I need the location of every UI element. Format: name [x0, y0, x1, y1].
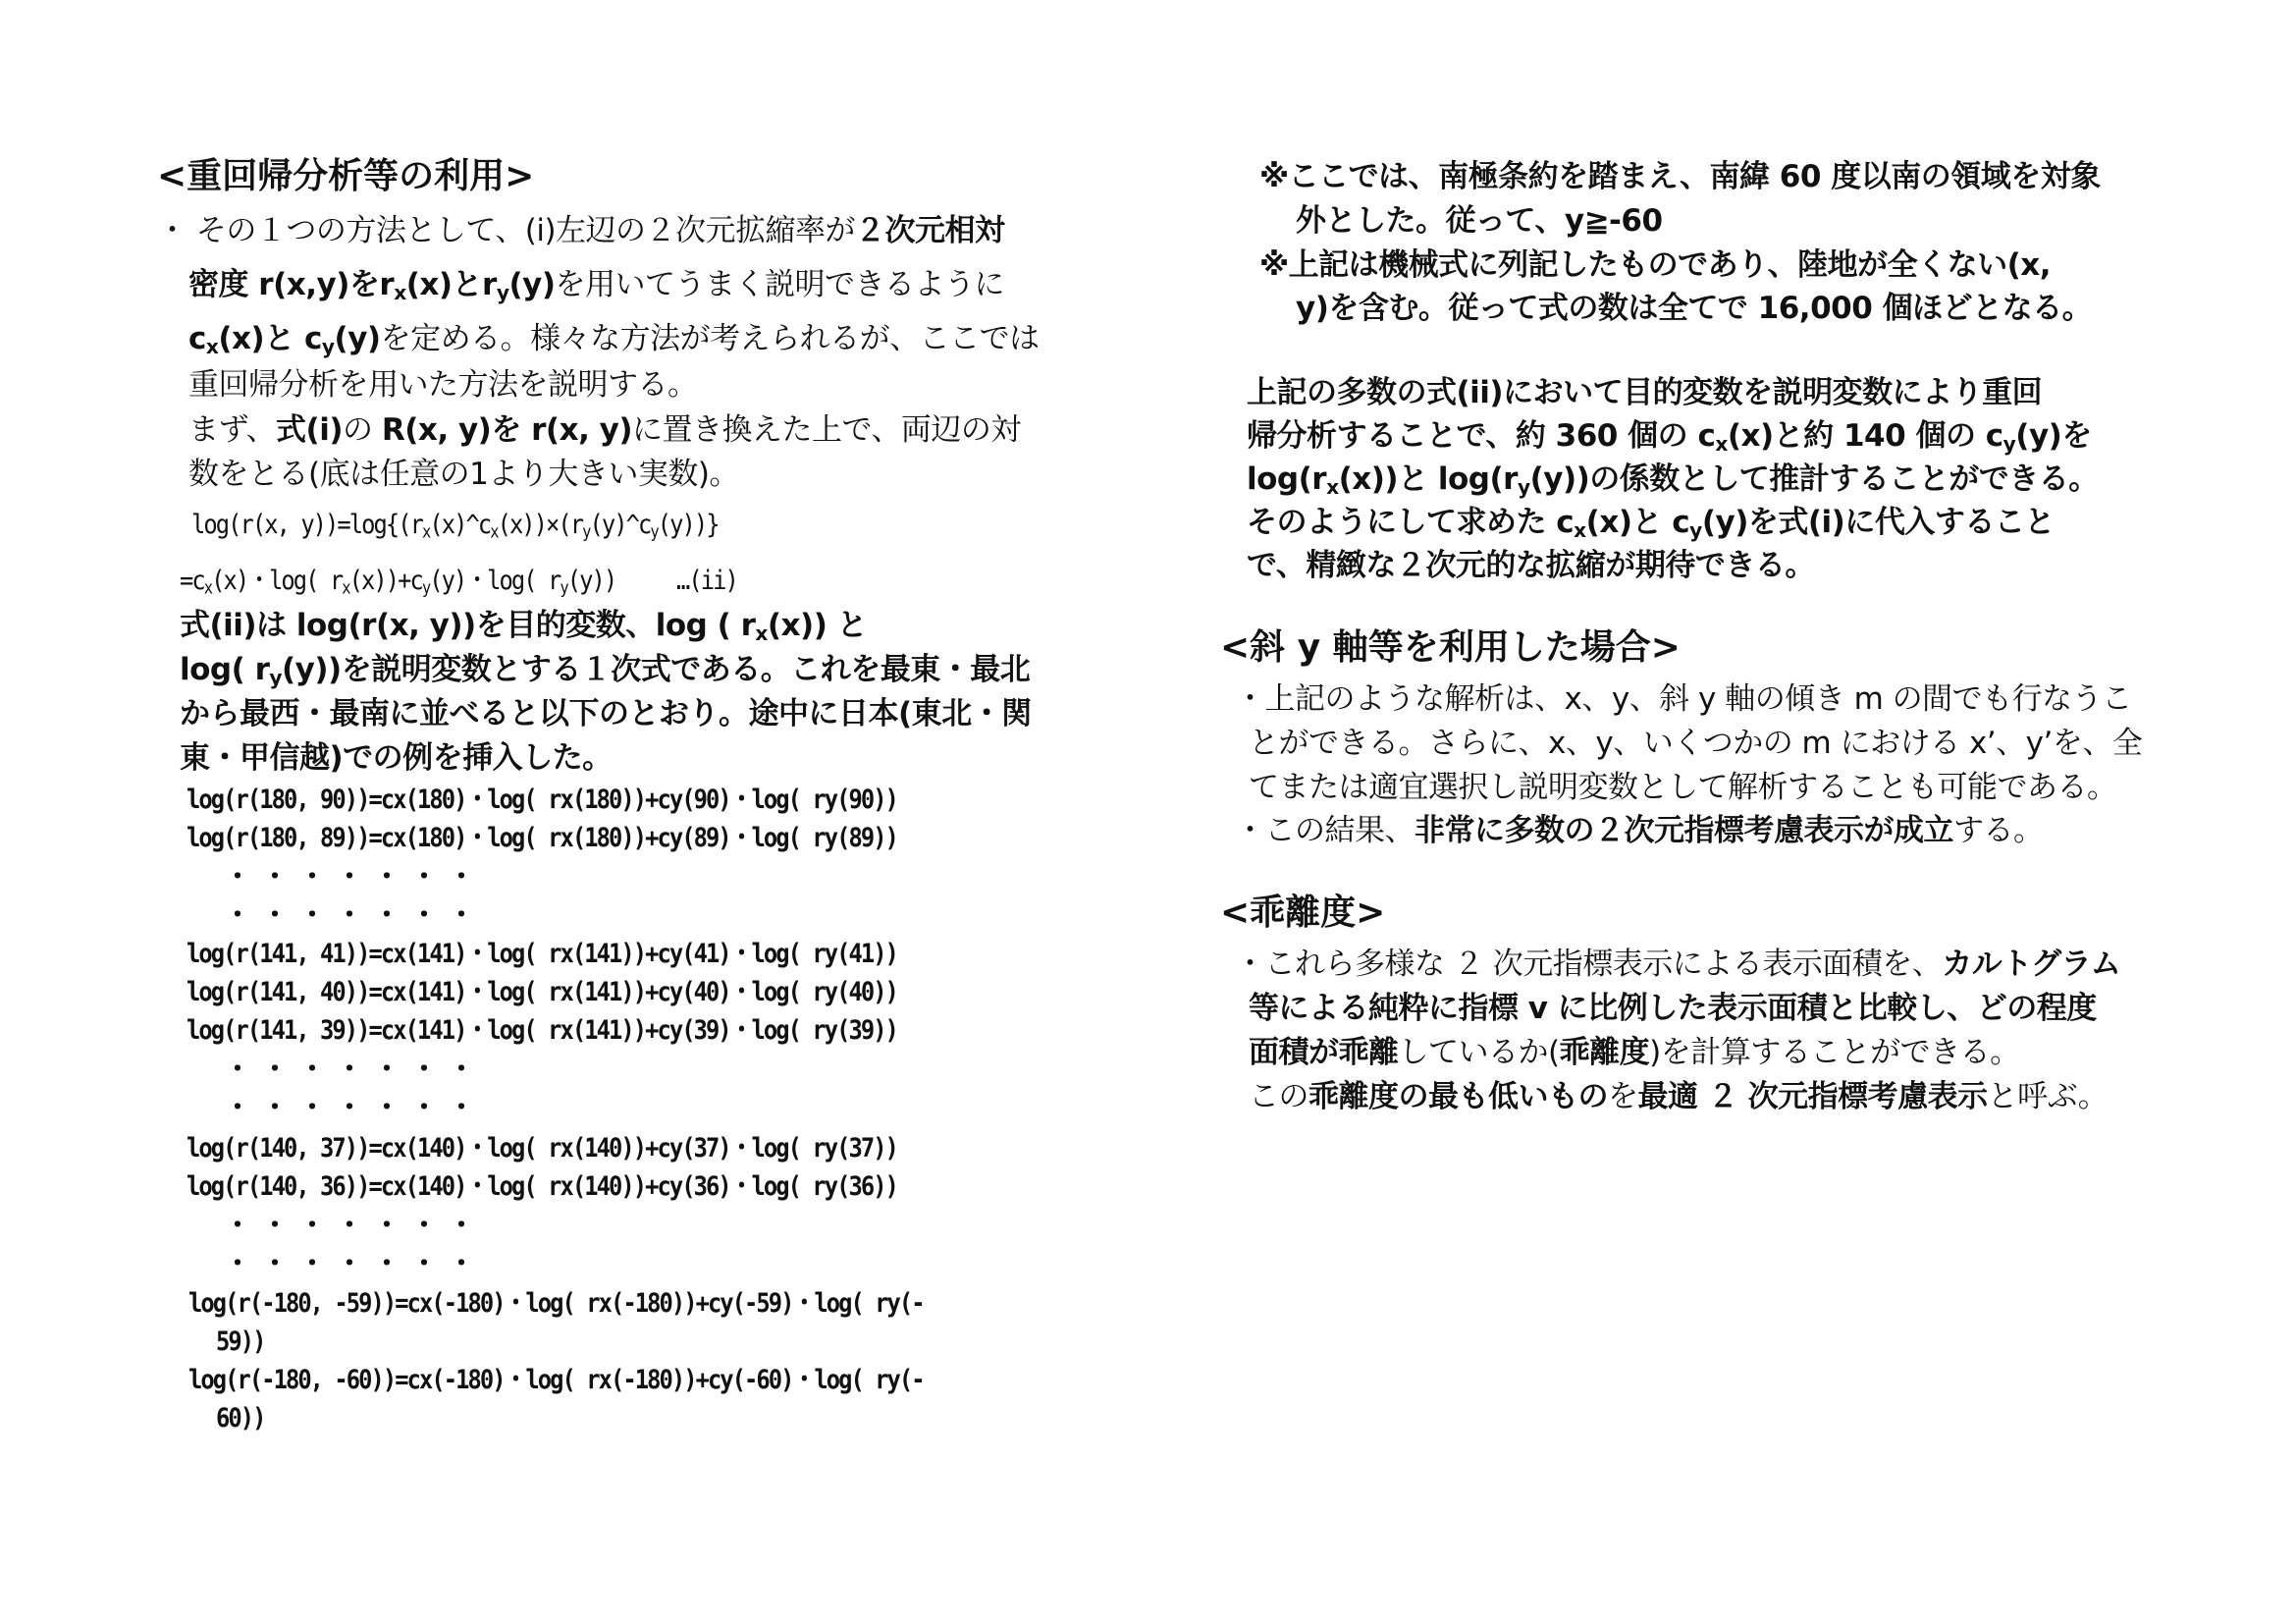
equation-140-37: log(r(140, 37))=cx(140)・log( rx(140))+cy… — [187, 1129, 897, 1168]
note-line-1: ※ここでは、南極条約を踏まえ、南緯 60 度以南の領域を対象 — [1259, 157, 2101, 196]
oblique-line-4: ・この結果、非常に多数の２次元指標考慮表示が成立する。 — [1235, 811, 2044, 850]
equation-180-89: log(r(180, 89))=cx(180)・log( rx(180))+cy… — [187, 819, 897, 858]
divergence-line-3: 面積が乖離しているか(乖離度)を計算することができる。 — [1249, 1033, 2020, 1072]
explain-line-3: から最西・最南に並べると以下のとおり。途中に日本(東北・関 — [180, 694, 1032, 733]
intro-line-3: cx(x)と cy(y)を定める。様々な方法が考えられるが、ここでは — [188, 319, 1040, 358]
explain-line-2: log( ry(y))を説明変数とする１次式である。これを最東・最北 — [180, 650, 1030, 689]
formula-log-expansion: log(r(x, y))=log{(rx(x)^cx(x))×(ry(y)^cy… — [191, 506, 719, 545]
oblique-line-2: とができる。さらに、x、y、いくつかの m における x’、y’を、全 — [1249, 724, 2142, 763]
ellipsis-dots: ・・・・・・・ — [224, 1206, 485, 1245]
divergence-line-4: この乖離度の最も低いものを最適 ２ 次元指標考慮表示と呼ぶ。 — [1249, 1077, 2108, 1116]
note-line-2: 外とした。従って、y≧-60 — [1296, 201, 1663, 241]
intro-line-6: 数をとる(底は任意の1より大きい実数)。 — [188, 455, 739, 494]
summary-line-2: 帰分析することで、約 360 個の cx(x)と約 140 個の cy(y)を — [1247, 416, 2092, 456]
intro-line-4: 重回帰分析を用いた方法を説明する。 — [188, 365, 698, 405]
ellipsis-dots: ・・・・・・・ — [224, 857, 485, 896]
divergence-line-2: 等による純粋に指標 v に比例した表示面積と比較し、どの程度 — [1249, 989, 2097, 1028]
equation-180-90: log(r(180, 90))=cx(180)・log( rx(180))+cy… — [187, 781, 897, 820]
section-heading-divergence: <乖離度> — [1220, 893, 1385, 933]
equation-141-39: log(r(141, 39))=cx(141)・log( rx(141))+cy… — [187, 1011, 897, 1051]
formula-ii-label: …(ii) — [676, 566, 737, 596]
section-heading-multiple-regression: <重回帰分析等の利用> — [157, 157, 534, 196]
equation-neg180-neg60-cont: 60)) — [216, 1399, 264, 1438]
ellipsis-dots: ・・・・・・・ — [224, 1088, 485, 1127]
oblique-line-1: ・上記のような解析は、x、y、斜 y 軸の傾き m の間でも行なうこ — [1235, 679, 2132, 719]
intro-line-5: まず、式(i)の R(x, y)を r(x, y)に置き換えた上で、両辺の対 — [188, 410, 1021, 450]
equation-neg180-neg59-cont: 59)) — [216, 1323, 264, 1362]
intro-line-2: 密度 r(x,y)をrx(x)とry(y)を用いてうまく説明できるように — [188, 265, 1004, 304]
summary-line-3: log(rx(x))と log(ry(y))の係数として推計することができる。 — [1247, 460, 2099, 499]
equation-141-40: log(r(141, 40))=cx(141)・log( rx(141))+cy… — [187, 973, 897, 1012]
equation-140-36: log(r(140, 36))=cx(140)・log( rx(140))+cy… — [187, 1167, 897, 1207]
note-line-3: ※上記は機械式に列記したものであり、陸地が全くない(x, — [1259, 245, 2051, 285]
section-heading-oblique-axis: <斜 y 軸等を利用した場合> — [1220, 628, 1681, 668]
equation-141-41: log(r(141, 41))=cx(141)・log( rx(141))+cy… — [187, 935, 897, 974]
explain-line-1: 式(ii)は log(r(x, y))を目的変数、log ( rx(x)) と — [180, 606, 867, 645]
document-page: <重回帰分析等の利用> ・ その１つの方法として、(i)左辺の２次元拡縮率が２次… — [0, 0, 2296, 1624]
summary-line-5: で、精緻な２次元的な拡縮が期待できる。 — [1247, 546, 1815, 585]
summary-line-4: そのようにして求めた cx(x)と cy(y)を式(i)に代入すること — [1247, 503, 2055, 542]
formula-ii: =cx(x)・log( rx(x))+cy(y)・log( ry(y)) …(i… — [180, 562, 737, 601]
ellipsis-dots: ・・・・・・・ — [224, 1244, 485, 1283]
equation-neg180-neg60: log(r(-180, -60))=cx(-180)・log( rx(-180)… — [188, 1361, 924, 1400]
summary-line-1: 上記の多数の式(ii)において目的変数を説明変数により重回 — [1247, 373, 2042, 412]
intro-line-1: ・ その１つの方法として、(i)左辺の２次元拡縮率が２次元相対 — [157, 211, 1005, 250]
ellipsis-dots: ・・・・・・・ — [224, 1050, 485, 1089]
ellipsis-dots: ・・・・・・・ — [224, 895, 485, 935]
note-line-4: y)を含む。従って式の数は全てで 16,000 個ほどとなる。 — [1296, 289, 2092, 328]
oblique-line-3: てまたは適宜選択し説明変数として解析することも可能である。 — [1249, 768, 2117, 807]
divergence-line-1: ・これら多様な ２ 次元指標表示による表示面積を、カルトグラム — [1235, 945, 2120, 984]
equation-neg180-neg59: log(r(-180, -59))=cx(-180)・log( rx(-180)… — [188, 1284, 924, 1324]
explain-line-4: 東・甲信越)での例を挿入した。 — [180, 738, 613, 778]
